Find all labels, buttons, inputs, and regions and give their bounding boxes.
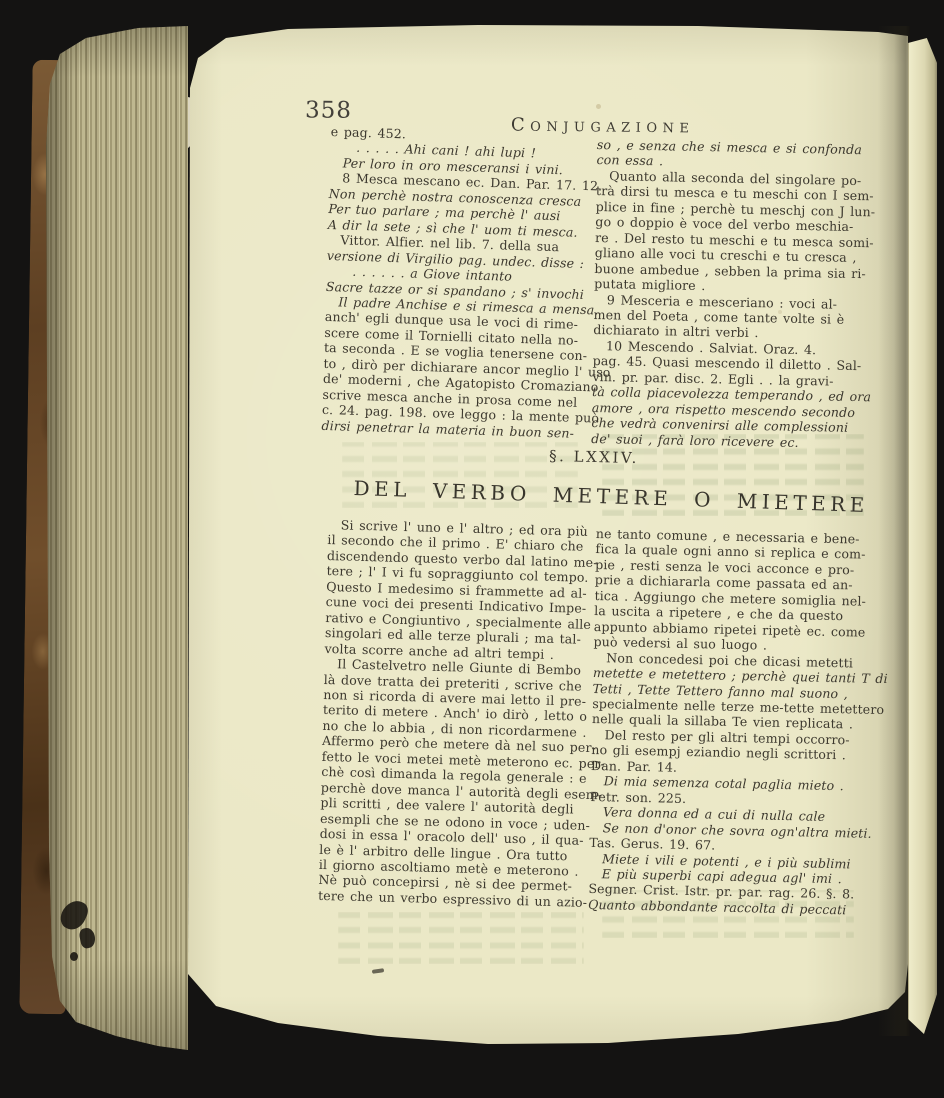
stacked-page-edges: [46, 26, 188, 1052]
left-column-bottom: Si scrive l' uno e l' altro ; ed ora più…: [318, 517, 611, 911]
bleedthrough-ghost-text: [338, 912, 584, 964]
adjacent-page-edge: [908, 38, 937, 1034]
ink-mark: [372, 968, 384, 974]
ink-stain: [78, 927, 97, 950]
scanned-book-photo: 358 CONJUGAZIONE e pag. 452.. . . . . Ah…: [0, 0, 944, 1098]
foxing-spot: [596, 104, 601, 109]
section-title: DEL VERBO METERE O MIETERE: [353, 476, 834, 516]
foxing-spot: [778, 310, 782, 314]
right-column-bottom: ne tanto comune , e necessaria e bene-fi…: [588, 526, 891, 918]
book-page: 358 CONJUGAZIONE e pag. 452.. . . . . Ah…: [178, 24, 908, 1058]
page-number: 358: [305, 97, 352, 123]
left-column-top: e pag. 452.. . . . . Ahi cani ! ahi lupi…: [321, 124, 618, 442]
ink-stain: [70, 952, 78, 961]
page-header: 358 CONJUGAZIONE: [178, 24, 908, 32]
right-column-top: so , e senza che si mesca e si confondac…: [591, 137, 876, 451]
